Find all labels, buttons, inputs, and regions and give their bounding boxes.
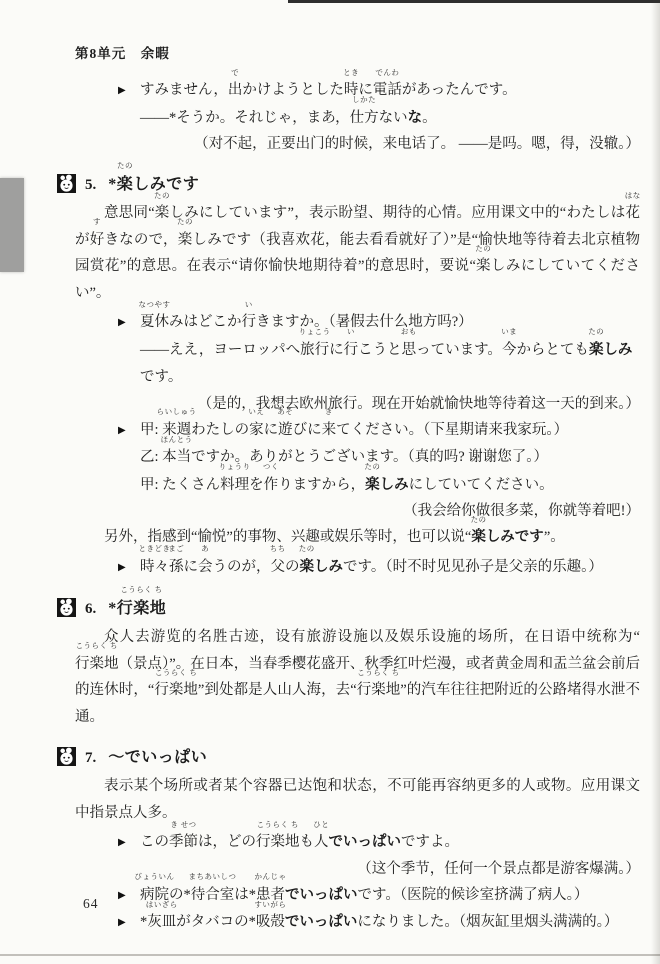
section-7: 7. ～でいっぱい 表示某个场所或者某个容器已达饱和状态，不可能再容纳更多的人或… bbox=[75, 730, 640, 937]
example-japanese-text: 病院びょういんの*待合室まちあいしつは*患者かんじゃでいっぱいです。（医院的候诊… bbox=[140, 887, 588, 903]
section-7-explanation: 表示某个场所或者某个容器已达饱和状态，不可能再容纳更多的人或物。应用课文中指景点… bbox=[75, 773, 640, 826]
section-5: 5. *楽たのしみです 意思同“楽たのしみにしています”，表示盼望、期待的心情。… bbox=[75, 157, 640, 581]
example-japanese-text: すみません，出でかけようとした時ときに電話でんわがあったんです。 bbox=[140, 82, 517, 98]
intro-example-block: ▶ すみません，出でかけようとした時ときに電話でんわがあったんです。 ——*そう… bbox=[75, 77, 640, 157]
section-title: *行楽地こうらく ち bbox=[108, 595, 166, 618]
section-7-header: 7. ～でいっぱい bbox=[57, 730, 640, 767]
example-japanese-text: *灰皿はいざらがタバコの*吸殻すいがらでいっぱいになりました。（烟灰缸里烟头满满… bbox=[140, 914, 618, 930]
section-number: 6. bbox=[85, 601, 96, 618]
example-line: ▶ 時々ときどき孫まごに会あうのが，父ちちの楽たのしみです。（时不时见见孙子是父… bbox=[75, 554, 640, 582]
section-number: 5. bbox=[85, 177, 96, 194]
section-number: 7. bbox=[85, 750, 96, 767]
example-japanese-text: 甲: 来週らいしゅうわたしの家いえに遊あそびに来きてください。（下星期请来我家玩… bbox=[140, 422, 568, 438]
section-5-header: 5. *楽たのしみです bbox=[57, 157, 640, 194]
example-japanese-text: 乙: 本当ほんとうですか。ありがとうございます。（真的吗? 谢谢您了。） bbox=[140, 449, 548, 465]
section-6: 6. *行楽地こうらく ち 众人去游览的名胜古迹，设有旅游设施以及娱乐设施的场所… bbox=[75, 581, 640, 730]
example-reply-line: 乙: 本当ほんとうですか。ありがとうございます。（真的吗? 谢谢您了。） bbox=[75, 444, 640, 472]
bullet-triangle-icon: ▶ bbox=[118, 417, 126, 445]
example-japanese-text: ——ええ，ヨーロッパへ旅行りょこうに行いこうと思おもっています。今いまからとても… bbox=[140, 342, 632, 386]
unit-header: 第8单元 余暇 bbox=[75, 0, 640, 62]
bullet-triangle-icon: ▶ bbox=[118, 882, 126, 910]
example-reply-line: 甲: たくさん料理りょうりを作つくりますから，楽たのしみにしていてください。 bbox=[75, 472, 640, 500]
mascot-face-icon bbox=[57, 598, 76, 617]
example-reply-line: ——*そうか。それじゃ，まあ，仕方しかたないな。 bbox=[75, 105, 640, 133]
example-line: ▶ 夏休なつやすみはどこか行いきますか。（暑假去什么地方吗?） bbox=[75, 309, 640, 337]
section-6-header: 6. *行楽地こうらく ち bbox=[57, 581, 640, 618]
example-japanese-text: 甲: たくさん料理りょうりを作つくりますから，楽たのしみにしていてください。 bbox=[140, 477, 554, 493]
section-6-explanation: 众人去游览的名胜古迹，设有旅游设施以及娱乐设施的场所，在日语中统称为“行楽地こう… bbox=[75, 624, 640, 730]
mascot-face-icon bbox=[57, 747, 76, 766]
example-line: ▶ この季節き せつは，どの行楽地こうらく ちも人ひとでいっぱいですよ。 bbox=[75, 829, 640, 857]
textbook-page: 第8单元 余暇 ▶ すみません，出でかけようとした時ときに電話でんわがあったんで… bbox=[0, 0, 660, 964]
example-reply-line: ——ええ，ヨーロッパへ旅行りょこうに行いこうと思おもっています。今いまからとても… bbox=[75, 337, 640, 392]
bullet-triangle-icon: ▶ bbox=[118, 309, 126, 337]
section-5-explanation: 意思同“楽たのしみにしています”，表示盼望、期待的心情。应用课文中的“わたしは花… bbox=[75, 200, 640, 306]
example-chinese-translation: （对不起，正要出门的时候，来电话了。 ——是吗。嗯，得，没辙。） bbox=[75, 132, 640, 157]
example-chinese-translation: （我会给你做很多菜，你就等着吧!） bbox=[75, 499, 640, 524]
bullet-triangle-icon: ▶ bbox=[118, 829, 126, 857]
bullet-triangle-icon: ▶ bbox=[118, 77, 126, 105]
mascot-face-icon bbox=[57, 174, 76, 193]
section-title: ～でいっぱい bbox=[108, 744, 207, 767]
bullet-triangle-icon: ▶ bbox=[118, 554, 126, 582]
example-japanese-text: ——*そうか。それじゃ，まあ，仕方しかたないな。 bbox=[140, 110, 437, 126]
page-number: 64 bbox=[83, 896, 99, 912]
example-line: ▶ *灰皿はいざらがタバコの*吸殻すいがらでいっぱいになりました。（烟灰缸里烟头… bbox=[75, 909, 640, 937]
example-japanese-text: この季節き せつは，どの行楽地こうらく ちも人ひとでいっぱいですよ。 bbox=[140, 834, 459, 850]
example-japanese-text: 時々ときどき孫まごに会あうのが，父ちちの楽たのしみです。（时不时见见孙子是父亲的… bbox=[140, 559, 603, 575]
section-7-examples: ▶ この季節き せつは，どの行楽地こうらく ちも人ひとでいっぱいですよ。 （这个… bbox=[75, 829, 640, 937]
section-5-extra-example: ▶ 時々ときどき孫まごに会あうのが，父ちちの楽たのしみです。（时不时见见孙子是父… bbox=[75, 554, 640, 582]
bullet-triangle-icon: ▶ bbox=[118, 909, 126, 937]
section-5-examples: ▶ 夏休なつやすみはどこか行いきますか。（暑假去什么地方吗?） ——ええ，ヨーロ… bbox=[75, 309, 640, 524]
